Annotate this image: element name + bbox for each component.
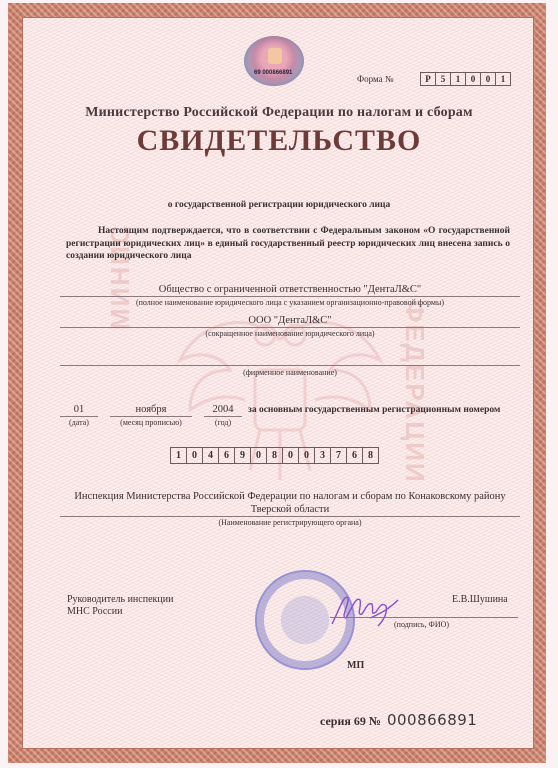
document-title: СВИДЕТЕЛЬСТВО [0,124,558,158]
form-code-char: 0 [466,72,481,86]
brand-name-caption: (фирменное наименование) [60,368,520,377]
head-title-line2: МНС России [67,606,173,618]
year-value: 2004 [204,403,242,417]
form-code-char: 1 [496,72,511,86]
full-name-caption: (полное наименование юридического лица с… [60,298,520,307]
year-caption: (год) [204,418,242,427]
brand-name-value [60,352,520,366]
date-month: ноября (месяц прописью) [110,403,192,427]
series-label: серия 69 № [320,714,381,728]
seal-place-mark: МП [347,660,364,671]
ogrn-digit: 6 [219,447,235,464]
form-code-char: 0 [481,72,496,86]
ogrn-digit: 7 [331,447,347,464]
ogrn-digit: 0 [299,447,315,464]
head-position: Руководитель инспекции МНС России [67,594,173,618]
form-number-label: Форма № [357,74,393,84]
ogrn-digit: 0 [283,447,299,464]
day-value: 01 [60,403,98,417]
intro-paragraph: Настоящим подтверждается, что в соответс… [66,225,510,263]
ogrn-digit: 0 [187,447,203,464]
signature-line [330,617,518,618]
ogrn-digit: 6 [347,447,363,464]
ogrn-digit: 4 [203,447,219,464]
head-title-line1: Руководитель инспекции [67,594,173,606]
ogrn-digit: 3 [315,447,331,464]
ogrn-digit: 1 [170,447,187,464]
short-name-caption: (сокращенное наименование юридического л… [60,329,520,338]
crest-icon [268,48,282,64]
day-caption: (дата) [60,418,98,427]
document-subtitle: о государственной регистрации юридическо… [0,200,558,210]
authority-caption: (Наименование регистрирующего органа) [60,518,520,527]
handwritten-signature [330,588,400,628]
registration-number-label: за основным государственным регистрацион… [248,405,500,415]
date-year: 2004 (год) [204,403,242,427]
ogrn-boxes: 1 0 4 6 9 0 8 0 0 3 7 6 8 [170,447,379,464]
certificate-page: МИНИС ФЕДЕРАЦИИ 69 000866891 Форма № Р 5… [0,0,558,768]
month-value: ноября [110,403,192,417]
ogrn-digit: 0 [251,447,267,464]
signatory-name: Е.В.Шушина [452,594,508,605]
form-code-char: 5 [436,72,451,86]
ogrn-digit: 9 [235,447,251,464]
short-name-value: ООО "ДентаЛ&С" [60,314,520,328]
month-caption: (месяц прописью) [110,418,192,427]
serial-number: 000866891 [387,711,477,729]
series-number: серия 69 №000866891 [320,711,477,729]
hologram-number: 69 000866891 [254,70,292,76]
intro-text: Настоящим подтверждается, что в соответс… [66,226,510,261]
form-code-boxes: Р 5 1 0 0 1 [420,72,511,86]
hologram-sticker: 69 000866891 [244,36,304,86]
signature-caption: (подпись, ФИО) [394,620,449,629]
date-day: 01 (дата) [60,403,98,427]
ministry-heading: Министерство Российской Федерации по нал… [0,105,558,121]
form-code-char: Р [420,72,436,86]
ogrn-digit: 8 [267,447,283,464]
ogrn-digit: 8 [363,447,379,464]
full-name-value: Общество с ограниченной ответственностью… [60,283,520,297]
form-code-char: 1 [451,72,466,86]
registering-authority: Инспекция Министерства Российской Федера… [60,490,520,517]
